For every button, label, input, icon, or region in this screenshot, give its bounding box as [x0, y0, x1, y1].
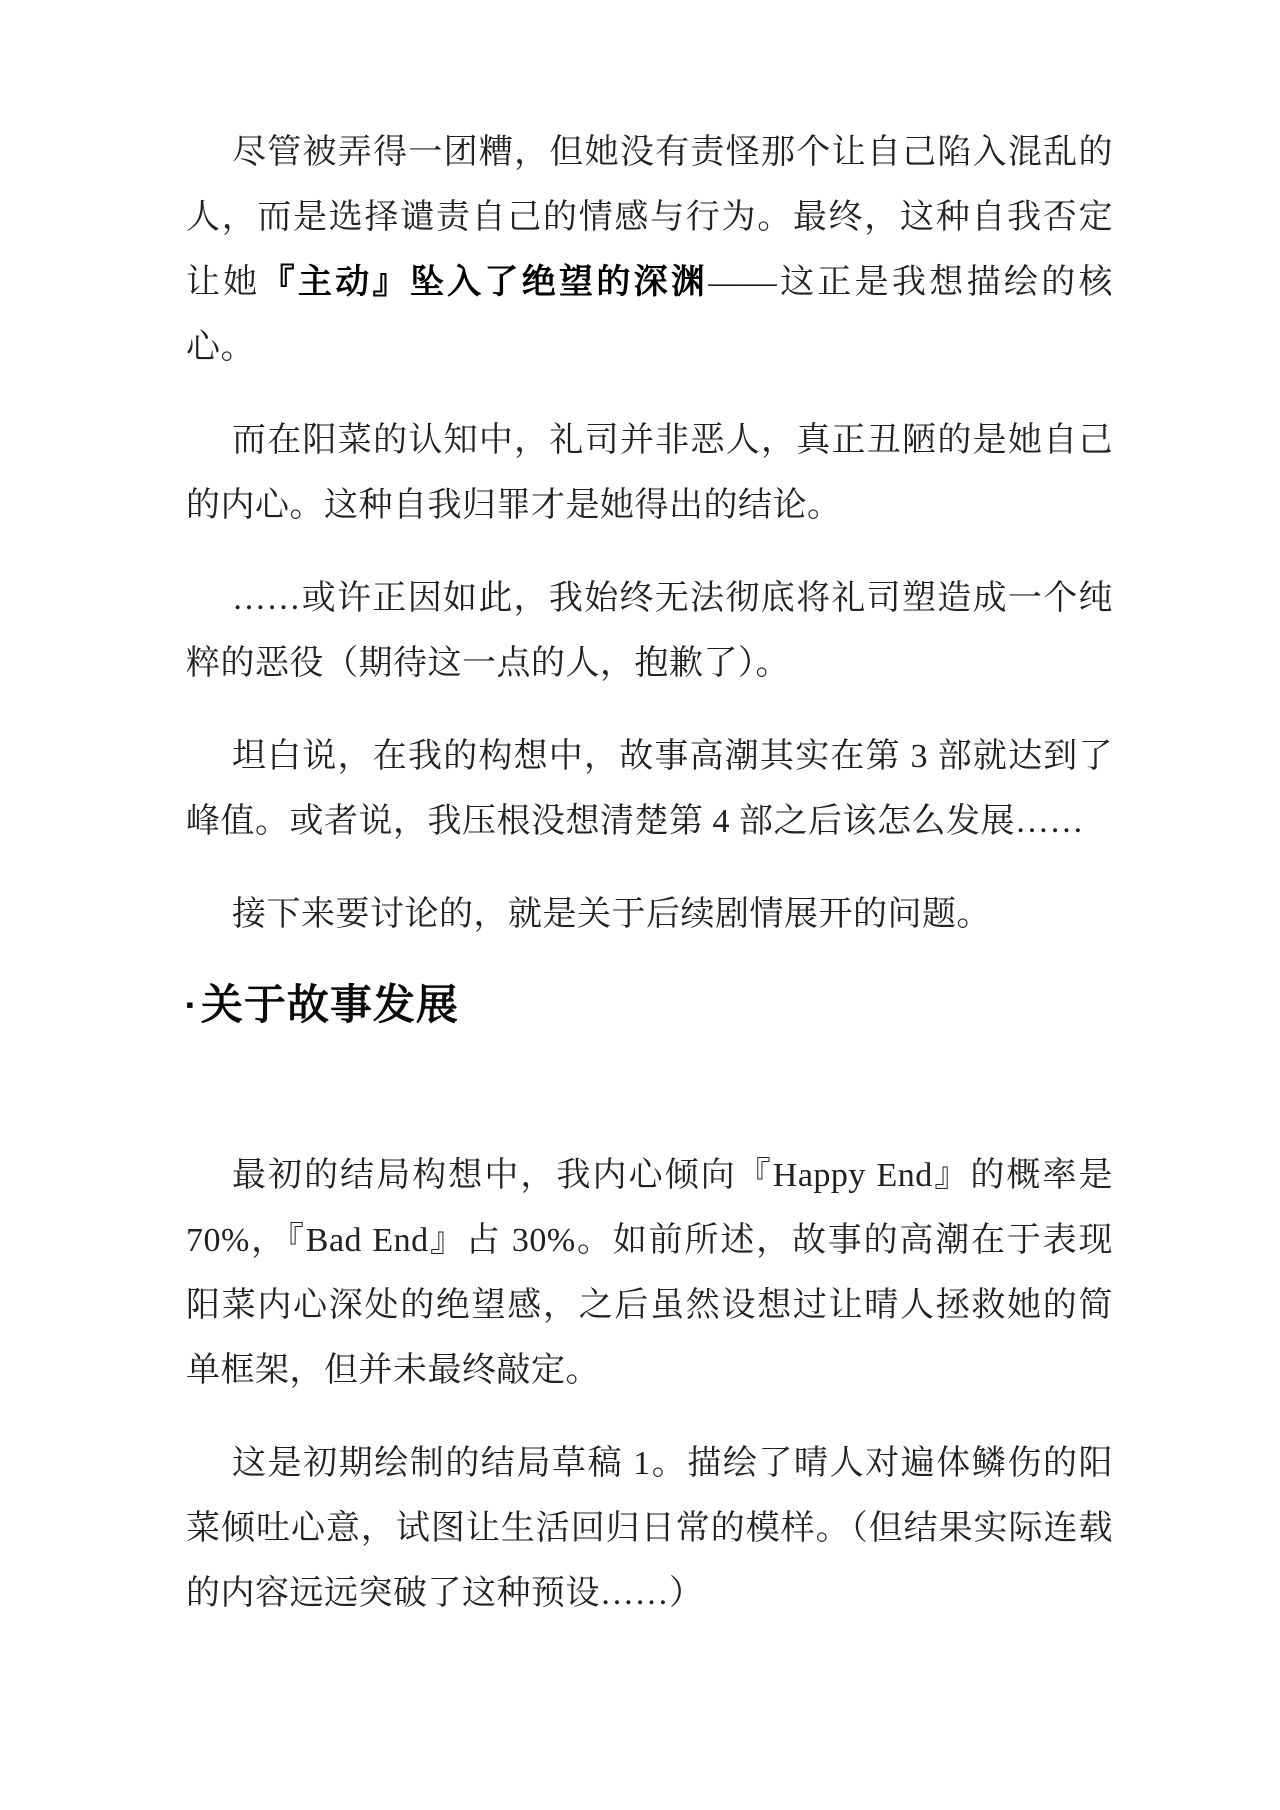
- text-run: 最初的结局构想中，我内心倾向『Happy End』的概率是 70%，『Bad E…: [186, 1157, 1113, 1389]
- text-run: 坦白说，在我的构想中，故事高潮其实在第 3 部就达到了峰值。或者说，我压根没想清…: [186, 738, 1113, 840]
- paragraph: 这是初期绘制的结局草稿 1。描绘了晴人对遍体鳞伤的阳菜倾吐心意，试图让生活回归日…: [186, 1431, 1113, 1626]
- text-run: 接下来要讨论的，就是关于后续剧情展开的问题。: [232, 896, 991, 933]
- section-heading: ▪关于故事发展: [186, 975, 1113, 1036]
- document-page: 尽管被弄得一团糟，但她没有责怪那个让自己陷入混乱的人，而是选择谴责自己的情感与行…: [0, 0, 1280, 1810]
- section-intro-paragraphs: 尽管被弄得一团糟，但她没有责怪那个让自己陷入混乱的人，而是选择谴责自己的情感与行…: [186, 120, 1113, 947]
- paragraph: 尽管被弄得一团糟，但她没有责怪那个让自己陷入混乱的人，而是选择谴责自己的情感与行…: [186, 120, 1113, 380]
- paragraph: 坦白说，在我的构想中，故事高潮其实在第 3 部就达到了峰值。或者说，我压根没想清…: [186, 724, 1113, 854]
- text-run: 而在阳菜的认知中，礼司并非恶人，真正丑陋的是她自己的内心。这种自我归罪才是她得出…: [186, 422, 1113, 524]
- paragraph: 接下来要讨论的，就是关于后续剧情展开的问题。: [186, 882, 1113, 947]
- section-heading-text: 关于故事发展: [201, 983, 459, 1029]
- emphasis-text: 『主动』坠入了绝望的深渊: [261, 264, 709, 301]
- paragraph: 最初的结局构想中，我内心倾向『Happy End』的概率是 70%，『Bad E…: [186, 1143, 1113, 1403]
- heading-bullet-icon: ▪: [186, 975, 195, 1035]
- paragraph: 而在阳菜的认知中，礼司并非恶人，真正丑陋的是她自己的内心。这种自我归罪才是她得出…: [186, 408, 1113, 538]
- paragraph: ……或许正因如此，我始终无法彻底将礼司塑造成一个纯粹的恶役（期待这一点的人，抱歉…: [186, 566, 1113, 696]
- text-run: ……或许正因如此，我始终无法彻底将礼司塑造成一个纯粹的恶役（期待这一点的人，抱歉…: [186, 580, 1113, 682]
- section-body-paragraphs: 最初的结局构想中，我内心倾向『Happy End』的概率是 70%，『Bad E…: [186, 1143, 1113, 1626]
- text-run: 这是初期绘制的结局草稿 1。描绘了晴人对遍体鳞伤的阳菜倾吐心意，试图让生活回归日…: [186, 1445, 1113, 1612]
